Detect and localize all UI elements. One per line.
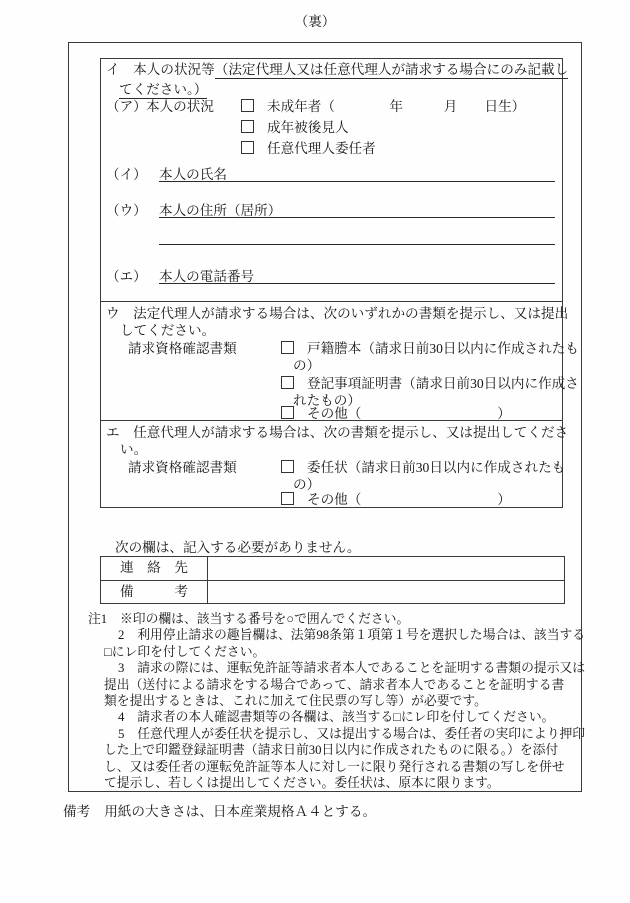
- table-row: 連 絡 先: [101, 557, 564, 580]
- section-u-heading-line1: ウ 法定代理人が請求する場合は、次のいずれかの書類を提示し、又は提出: [106, 306, 568, 322]
- scanned-form-page: （裏） イ 本人の状況等（法定代理人又は任意代理人が請求する場合にのみ記載し て…: [0, 0, 630, 903]
- option-adult-ward: 成年被後見人: [241, 120, 349, 136]
- note-line: し、又は委任者の運転免許証等本人に対し一に限り発行される書類の写しを併せ: [68, 759, 573, 775]
- contact-row-value: [208, 557, 564, 580]
- option-other: その他（ ）: [281, 492, 511, 508]
- contact-row-label: 連 絡 先: [101, 557, 208, 580]
- item-e-no: （エ）: [106, 265, 147, 285]
- option-ininjo: 委任状（請求日前30日以内に作成されたも: [281, 460, 565, 476]
- note-line: 類を提出するときは、これに加えて住民票の写し等）が必要です。: [68, 693, 573, 709]
- table-row: 備 考: [101, 580, 564, 603]
- notes-block: 注1 ※印の欄は、該当する番号を○で囲んでください。 2 利用停止請求の趣旨欄は…: [68, 611, 573, 791]
- note-line: した上で印鑑登録証明書（請求日前30日以内に作成されたものに限る。）を添付: [68, 742, 573, 758]
- option-koseki-tohon-wrap: の）: [293, 358, 320, 374]
- page-side-label: （裏）: [0, 10, 630, 30]
- item-i-no: （イ）: [106, 163, 147, 183]
- section-i-heading-underlined: （法定代理人又は任意代理人が請求する場合にのみ記載し: [215, 62, 568, 79]
- footer-remark: 備考用紙の大きさは、日本産業規格Ａ４とする。: [63, 800, 376, 820]
- note-line: 注1 ※印の欄は、該当する番号を○で囲んでください。: [68, 611, 573, 627]
- section-honnin-jokyo: イ 本人の状況等（法定代理人又は任意代理人が請求する場合にのみ記載し てください…: [101, 59, 562, 301]
- note-line: 2 利用停止請求の趣旨欄は、法第98条第１項第１号を選択した場合は、該当する: [68, 627, 573, 643]
- footer-remark-label: 備考: [63, 804, 90, 819]
- checkbox-icon: [281, 341, 294, 354]
- option-label: 任意代理人委任者: [267, 141, 376, 156]
- footer-remark-text: 用紙の大きさは、日本産業規格Ａ４とする。: [104, 804, 376, 819]
- docs-label: 請求資格確認書類: [128, 460, 237, 476]
- option-toki-jiko-shomeisho: 登記事項証明書（請求日前30日以内に作成さ: [281, 376, 579, 392]
- section-i-heading-line2: てください。）: [119, 82, 207, 98]
- section-u-heading-line2: してください。: [120, 323, 215, 339]
- option-koseki-tohon: 戸籍謄本（請求日前30日以内に作成されたも: [281, 341, 579, 357]
- field-label: 本人の氏名: [159, 167, 227, 182]
- remarks-row-value: [208, 581, 564, 603]
- section-i-heading-prefix: イ 本人の状況等: [106, 62, 215, 77]
- option-label: その他（ ）: [307, 406, 511, 421]
- note-line: 5 任意代理人が委任状を提示し、又は提出する場合は、委任者の実印により押印: [68, 726, 573, 742]
- note-line: 3 請求の際には、運転免許証等請求者本人であることを証明する書類の提示又は: [68, 660, 573, 676]
- checkbox-icon: [281, 376, 294, 389]
- checkbox-icon: [241, 120, 254, 133]
- remarks-row-label: 備 考: [101, 581, 208, 603]
- option-label: 委任状（請求日前30日以内に作成されたも: [307, 460, 565, 475]
- note-line: て提示し、若しくは提出してください。委任状は、原本に限ります。: [68, 775, 573, 791]
- checkbox-icon: [281, 460, 294, 473]
- option-label: 未成年者（ 年 月 日生）: [267, 99, 525, 114]
- option-label: 成年被後見人: [267, 120, 349, 135]
- checkbox-icon: [281, 492, 294, 505]
- checkbox-icon: [241, 141, 254, 154]
- option-voluntary-agent-principal: 任意代理人委任者: [241, 141, 376, 157]
- docs-label: 請求資格確認書類: [128, 341, 237, 357]
- option-ininjo-wrap: の）: [293, 477, 320, 493]
- field-label: 本人の住所（居所）: [159, 203, 281, 218]
- option-minor: 未成年者（ 年 月 日生）: [241, 99, 525, 115]
- option-label: 登記事項証明書（請求日前30日以内に作成さ: [307, 376, 579, 391]
- item-a-label: 本人の状況: [146, 99, 214, 115]
- item-a-no: （ア）: [106, 99, 147, 115]
- section-e-heading-line2: い。: [120, 442, 147, 458]
- name-field-row: 本人の氏名: [159, 163, 555, 182]
- item-u-no: （ウ）: [106, 199, 147, 219]
- section-legal-representative-docs: ウ 法定代理人が請求する場合は、次のいずれかの書類を提示し、又は提出 してくださ…: [101, 301, 562, 420]
- section-voluntary-agent-docs: エ 任意代理人が請求する場合は、次の書類を提示し、又は提出してくださ い。 請求…: [101, 420, 562, 507]
- checkbox-icon: [281, 406, 294, 419]
- section-i-heading-line1: イ 本人の状況等（法定代理人又は任意代理人が請求する場合にのみ記載し: [106, 62, 568, 78]
- note-line: 提出（送付による請求をする場合であって、請求者本人であることを証明する書: [68, 677, 573, 693]
- applicant-status-table: イ 本人の状況等（法定代理人又は任意代理人が請求する場合にのみ記載し てください…: [100, 58, 563, 508]
- address-field-row-2: [159, 225, 555, 245]
- option-label: その他（ ）: [307, 492, 511, 507]
- section-e-heading-line1: エ 任意代理人が請求する場合は、次の書類を提示し、又は提出してくださ: [106, 425, 568, 441]
- contact-table-intro: 次の欄は、記入する必要がありません。: [115, 536, 361, 556]
- contact-table: 連 絡 先 備 考: [100, 556, 565, 604]
- note-line: 4 請求者の本人確認書類等の各欄は、該当する□にレ印を付してください。: [68, 709, 573, 725]
- phone-field-row: 本人の電話番号: [159, 265, 555, 284]
- option-label: 戸籍謄本（請求日前30日以内に作成されたも: [307, 341, 579, 356]
- note-line: □にレ印を付してください。: [68, 644, 573, 660]
- field-label: 本人の電話番号: [159, 269, 254, 284]
- address-field-row: 本人の住所（居所）: [159, 199, 555, 218]
- checkbox-icon: [241, 99, 254, 112]
